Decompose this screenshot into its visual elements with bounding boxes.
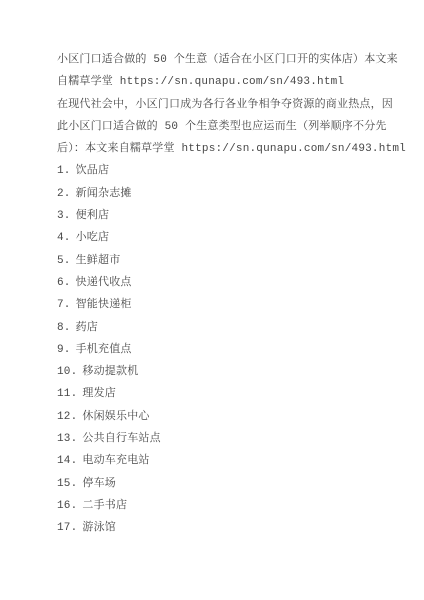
list-item-label: 快递代收点 [76, 272, 132, 294]
list-item-label: 二手书店 [82, 495, 127, 517]
list-item-number: 9. [57, 339, 71, 361]
list-item-number: 14. [57, 450, 77, 472]
list-item: 5.生鲜超市 [57, 250, 374, 272]
list-item-number: 12. [57, 406, 77, 428]
list-item-label: 休闲娱乐中心 [82, 406, 149, 428]
list-item-number: 13. [57, 428, 77, 450]
list-item-label: 电动车充电站 [82, 450, 149, 472]
list-item: 7.智能快递柜 [57, 294, 374, 316]
list-item: 13.公共自行车站点 [57, 428, 374, 450]
list-item: 10.移动提款机 [57, 361, 374, 383]
list-item-label: 生鲜超市 [76, 250, 121, 272]
list-item-label: 药店 [76, 317, 98, 339]
list-item-label: 手机充值点 [76, 339, 132, 361]
list-item: 4.小吃店 [57, 227, 374, 249]
list-item-number: 11. [57, 383, 77, 405]
list-item-number: 2. [57, 183, 71, 205]
document-page: 小区门口适合做的 50 个生意（适合在小区门口开的实体店）本文来 自糯草学堂 h… [0, 0, 424, 600]
list-item-number: 10. [57, 361, 77, 383]
list-item: 15.停车场 [57, 473, 374, 495]
list-item-label: 饮品店 [76, 160, 110, 182]
list-item-number: 5. [57, 250, 71, 272]
intro-line-3-source-url: 后）：本文来自糯草学堂 https://sn.qunapu.com/sn/493… [57, 138, 374, 160]
list-item: 1.饮品店 [57, 160, 374, 182]
title-line-2-source-url: 自糯草学堂 https://sn.qunapu.com/sn/493.html [57, 71, 374, 93]
list-item-label: 智能快递柜 [76, 294, 132, 316]
list-item-number: 15. [57, 473, 77, 495]
list-item-label: 移动提款机 [82, 361, 138, 383]
list-item-label: 公共自行车站点 [82, 428, 160, 450]
list-item: 6.快递代收点 [57, 272, 374, 294]
list-item: 14.电动车充电站 [57, 450, 374, 472]
list-item-label: 理发店 [82, 383, 116, 405]
list-item: 12.休闲娱乐中心 [57, 406, 374, 428]
list-item-number: 1. [57, 160, 71, 182]
list-item: 8.药店 [57, 317, 374, 339]
list-item-number: 3. [57, 205, 71, 227]
list-item: 9.手机充值点 [57, 339, 374, 361]
list-item: 16.二手书店 [57, 495, 374, 517]
list-item: 3.便利店 [57, 205, 374, 227]
list-item: 2.新闻杂志摊 [57, 183, 374, 205]
list-item-number: 6. [57, 272, 71, 294]
list-item-number: 7. [57, 294, 71, 316]
intro-line-1: 在现代社会中，小区门口成为各行各业争相争夺资源的商业热点，因 [57, 94, 374, 116]
list-item: 17.游泳馆 [57, 517, 374, 539]
list-item-number: 17. [57, 517, 77, 539]
list-item-label: 游泳馆 [82, 517, 116, 539]
list-item-number: 4. [57, 227, 71, 249]
list-item-number: 8. [57, 317, 71, 339]
list-item: 11.理发店 [57, 383, 374, 405]
title-line-1: 小区门口适合做的 50 个生意（适合在小区门口开的实体店）本文来 [57, 49, 374, 71]
list-item-number: 16. [57, 495, 77, 517]
intro-line-2: 此小区门口适合做的 50 个生意类型也应运而生（列举顺序不分先 [57, 116, 374, 138]
list-item-label: 便利店 [76, 205, 110, 227]
business-list: 1.饮品店 2.新闻杂志摊 3.便利店 4.小吃店 5.生鲜超市 6.快递代收点… [57, 160, 374, 539]
list-item-label: 小吃店 [76, 227, 110, 249]
list-item-label: 停车场 [82, 473, 116, 495]
list-item-label: 新闻杂志摊 [76, 183, 132, 205]
